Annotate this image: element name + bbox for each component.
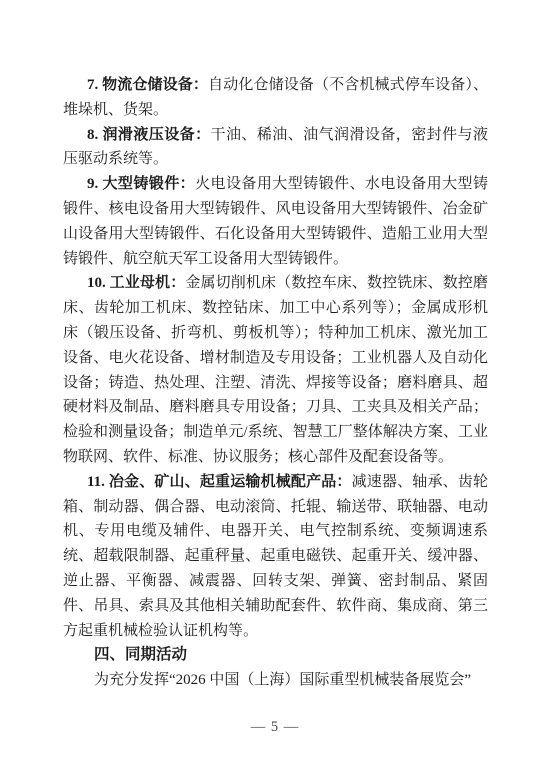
paragraph-item-10: 10. 工业母机：金属切削机床（数控车床、数控铣床、数控磨床、齿轮加工机床、数控… (63, 271, 488, 469)
item-7-label: 7. 物流仓储设备： (87, 77, 208, 93)
item-11-label: 11. 冶金、矿山、起重运输机械配产品： (87, 474, 352, 490)
page-number: — 5 — (0, 719, 550, 736)
section-heading: 四、同期活动 (63, 643, 488, 668)
paragraph-item-7: 7. 物流仓储设备：自动化仓储设备（不含机械式停车设备）、堆垛机、货架。 (63, 73, 488, 123)
item-8-label: 8. 润滑液压设备： (87, 127, 211, 143)
document-body: 7. 物流仓储设备：自动化仓储设备（不含机械式停车设备）、堆垛机、货架。 8. … (63, 73, 488, 693)
item-11-body: 减速器、轴承、齿轮箱、制动器、偶合器、电动滚筒、托辊、输送带、联轴器、电动机、专… (63, 474, 488, 639)
closing-paragraph: 为充分发挥“2026 中国（上海）国际重型机械装备展览会” (63, 668, 488, 693)
paragraph-item-8: 8. 润滑液压设备：干油、稀油、油气润滑设备，密封件与液压驱动系统等。 (63, 123, 488, 173)
item-10-label: 10. 工业母机： (87, 275, 185, 291)
paragraph-item-9: 9. 大型铸锻件：火电设备用大型铸锻件、水电设备用大型铸锻件、核电设备用大型铸锻… (63, 172, 488, 271)
document-page: 7. 物流仓储设备：自动化仓储设备（不含机械式停车设备）、堆垛机、货架。 8. … (0, 0, 550, 778)
item-9-label: 9. 大型铸锻件： (87, 176, 195, 192)
item-10-body: 金属切削机床（数控车床、数控铣床、数控磨床、齿轮加工机床、数控钻床、加工中心系列… (63, 275, 488, 465)
paragraph-item-11: 11. 冶金、矿山、起重运输机械配产品：减速器、轴承、齿轮箱、制动器、偶合器、电… (63, 470, 488, 644)
